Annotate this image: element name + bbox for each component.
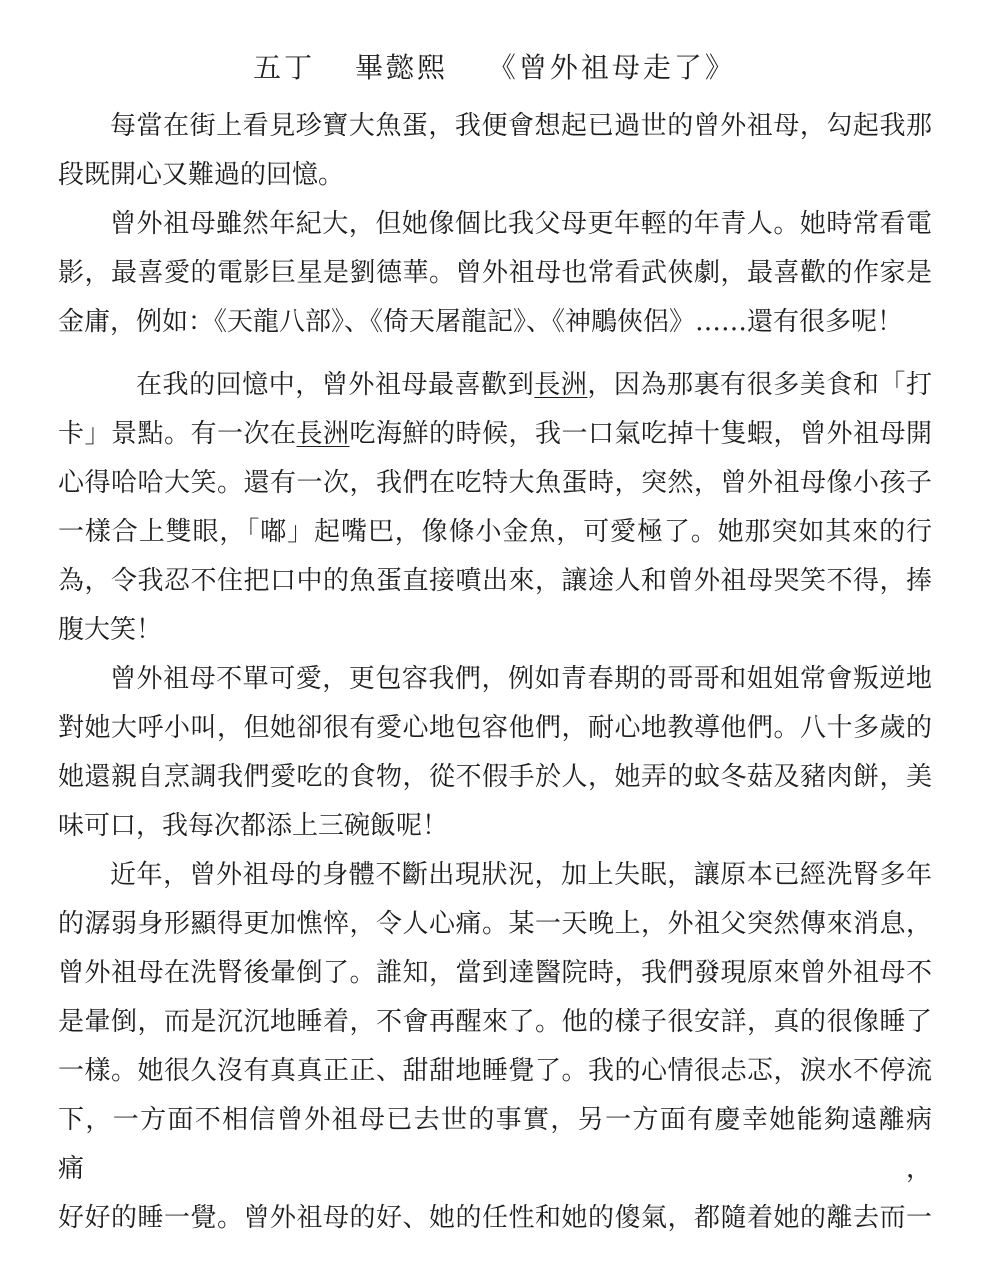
text-line: 曾外祖母在洗腎後暈倒了。誰知，當到達醫院時，我們發現原來曾外祖母不 [58,949,932,998]
underlined-place-name: 長洲 [297,419,350,449]
text-line: 曾外祖母不單可愛，更包容我們，例如青春期的哥哥和姐姐常會叛逆地 [58,655,932,704]
text-line: 金庸，例如：《天龍八部》、《倚天屠龍記》、《神鵰俠侶》……還有很多呢！ [58,298,932,347]
text-line: 腹大笑！ [58,606,932,655]
paragraph: 曾外祖母不單可愛，更包容我們，例如青春期的哥哥和姐姐常會叛逆地對她大呼小叫，但她… [58,655,932,851]
text-line: 曾外祖母雖然年紀大，但她像個比我父母更年輕的年青人。她時常看電 [58,200,932,249]
text-line: 段既開心又難過的回憶。 [58,151,932,200]
text-line: 對她大呼小叫，但她卻很有愛心地包容他們，耐心地教導他們。八十多歲的 [58,704,932,753]
text-line: 一樣。她很久沒有真真正正、甜甜地睡覺了。我的心情很忐忑，淚水不停流 [58,1047,932,1096]
document-page: 五丁 畢懿熙 《曾外祖母走了》 每當在街上看見珍寶大魚蛋，我便會想起已過世的曾外… [0,0,989,1280]
text-line: 是暈倒，而是沉沉地睡着，不會再醒來了。他的樣子很安詳，真的很像睡了 [58,998,932,1047]
text-line: 影，最喜愛的電影巨星是劉德華。曾外祖母也常看武俠劇，最喜歡的作家是 [58,249,932,298]
work-title: 《曾外祖母走了》 [488,51,736,84]
text-line: 她還親自烹調我們愛吃的食物，從不假手於人，她弄的蚊冬菇及豬肉餅，美 [58,753,932,802]
text-line: 卡」景點。有一次在長洲吃海鮮的時候，我一口氣吃掉十隻蝦，曾外祖母開 [58,410,932,459]
paragraph: 曾外祖母雖然年紀大，但她像個比我父母更年輕的年青人。她時常看電影，最喜愛的電影巨… [58,200,932,347]
paragraph: 在我的回憶中，曾外祖母最喜歡到長洲，因為那裏有很多美食和「打卡」景點。有一次在長… [58,361,932,655]
text-line: 近年，曾外祖母的身體不斷出現狀況，加上失眠，讓原本已經洗腎多年 [58,851,932,900]
text-line: 味可口，我每次都添上三碗飯呢！ [58,802,932,851]
text-line: 好好的睡一覺。曾外祖母的好、她的任性和她的傻氣，都隨着她的離去而一 [58,1194,932,1243]
paragraph: 近年，曾外祖母的身體不斷出現狀況，加上失眠，讓原本已經洗腎多年的潺弱身形顯得更加… [58,851,932,1243]
underlined-place-name: 長洲 [534,370,587,400]
paragraph: 每當在街上看見珍寶大魚蛋，我便會想起已過世的曾外祖母，勾起我那段既開心又難過的回… [58,102,932,200]
essay-title: 五丁 畢懿熙 《曾外祖母走了》 [0,46,989,86]
author-name: 畢懿熙 [355,51,448,84]
essay-body: 每當在街上看見珍寶大魚蛋，我便會想起已過世的曾外祖母，勾起我那段既開心又難過的回… [58,102,932,1243]
text-line: 的潺弱身形顯得更加憔悴，令人心痛。某一天晚上，外祖父突然傳來消息， [58,900,932,949]
text-line: 下，一方面不相信曾外祖母已去世的事實，另一方面有慶幸她能夠遠離病痛， [58,1096,932,1194]
text-line: 為，令我忍不住把口中的魚蛋直接噴出來，讓途人和曾外祖母哭笑不得，捧 [58,557,932,606]
text-line: 心得哈哈大笑。還有一次，我們在吃特大魚蛋時，突然，曾外祖母像小孩子 [58,459,932,508]
text-line: 一樣合上雙眼，「嘟」起嘴巴，像條小金魚，可愛極了。她那突如其來的行 [58,508,932,557]
class-label: 五丁 [253,51,315,84]
text-line: 每當在街上看見珍寶大魚蛋，我便會想起已過世的曾外祖母，勾起我那 [58,102,932,151]
text-line: 在我的回憶中，曾外祖母最喜歡到長洲，因為那裏有很多美食和「打 [58,361,932,410]
